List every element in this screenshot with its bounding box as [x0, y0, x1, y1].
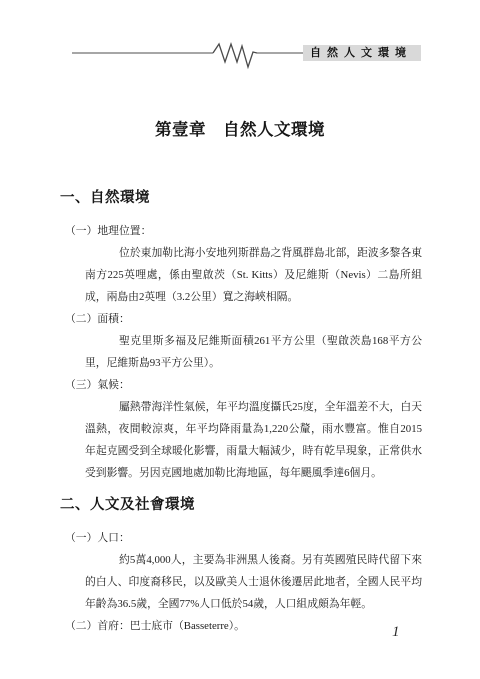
header-section-label: 自然人文環境: [303, 45, 421, 61]
item-paragraph: 屬熱帶海洋性氣候，年平均溫度攝氏25度，全年溫差不大，白天溫熱，夜間較涼爽，年平…: [85, 396, 422, 484]
pulse-zigzag-icon: [72, 40, 303, 70]
item-paragraph: 約5萬4,000人，主要為非洲黑人後裔。另有英國殖民時代留下來的白人、印度裔移民…: [85, 549, 422, 615]
chapter-title: 第壹章 自然人文環境: [0, 116, 480, 140]
item-area: （二）面積： 聖克里斯多福及尼維斯面積261平方公里（聖啟茨島168平方公里，尼…: [60, 308, 422, 374]
item-paragraph: 聖克里斯多福及尼維斯面積261平方公里（聖啟茨島168平方公里，尼維斯島93平方…: [85, 330, 422, 374]
page-number: 1: [392, 624, 400, 641]
document-page: 自然人文環境 第壹章 自然人文環境 一、自然環境 （一）地理位置： 位於東加勒比…: [0, 0, 480, 679]
item-population: （一）人口： 約5萬4,000人，主要為非洲黑人後裔。另有英國殖民時代留下來的白…: [60, 527, 422, 615]
document-body: 一、自然環境 （一）地理位置： 位於東加勒比海小安地列斯群島之背風群島北部，距波…: [60, 186, 422, 637]
item-label: （二）首府：巴士底市（Basseterre）。: [65, 615, 422, 637]
item-label: （二）面積：: [65, 308, 422, 330]
section-heading-human-social-environment: 二、人文及社會環境: [60, 493, 422, 514]
item-label: （三）氣候：: [65, 374, 422, 396]
item-label: （一）人口：: [65, 527, 422, 549]
item-paragraph: 位於東加勒比海小安地列斯群島之背風群島北部，距波多黎各東南方225英哩處，係由聖…: [85, 242, 422, 308]
item-climate: （三）氣候： 屬熱帶海洋性氣候，年平均溫度攝氏25度，全年溫差不大，白天溫熱，夜…: [60, 374, 422, 484]
item-label: （一）地理位置：: [65, 220, 422, 242]
section-heading-natural-environment: 一、自然環境: [60, 186, 422, 207]
item-geographic-location: （一）地理位置： 位於東加勒比海小安地列斯群島之背風群島北部，距波多黎各東南方2…: [60, 220, 422, 308]
item-capital: （二）首府：巴士底市（Basseterre）。: [60, 615, 422, 637]
